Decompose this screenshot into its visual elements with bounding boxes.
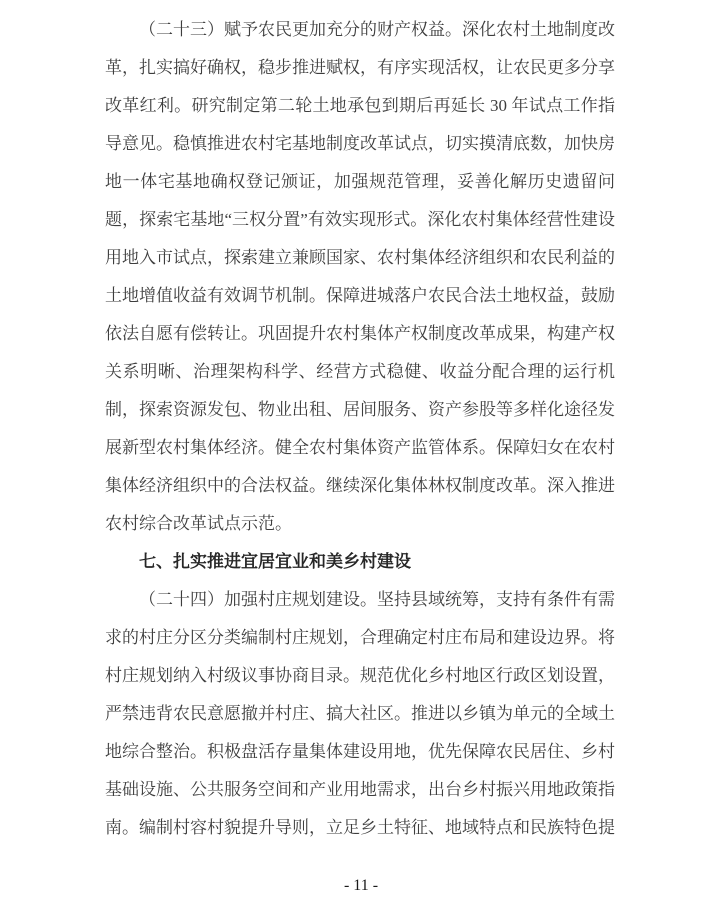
document-content: （二十三）赋予农民更加充分的财产权益。深化农村土地制度改革，扎实搞好确权，稳步推… (105, 11, 615, 847)
paragraph-23: （二十三）赋予农民更加充分的财产权益。深化农村土地制度改革，扎实搞好确权，稳步推… (105, 11, 615, 543)
document-page: （二十三）赋予农民更加充分的财产权益。深化农村土地制度改革，扎实搞好确权，稳步推… (0, 0, 722, 909)
paragraph-24: （二十四）加强村庄规划建设。坚持县域统筹，支持有条件有需求的村庄分区分类编制村庄… (105, 581, 615, 847)
section-heading-7: 七、扎实推进宜居宜业和美乡村建设 (105, 543, 615, 581)
page-number: - 11 - (0, 877, 722, 895)
